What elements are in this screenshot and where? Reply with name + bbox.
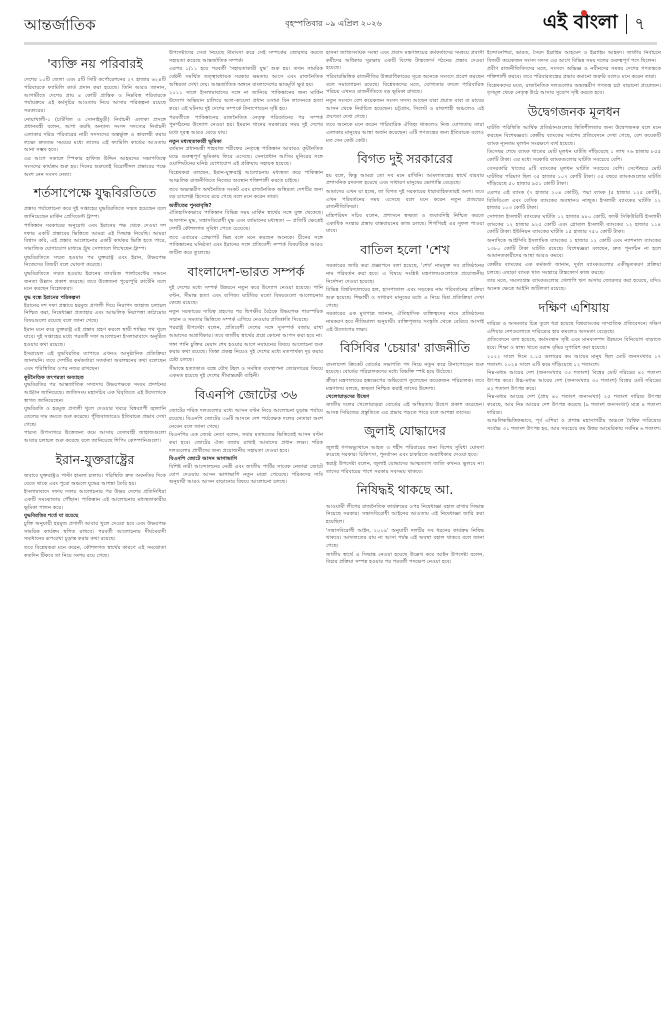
article-paragraph: মন্ত্রিপরিষদ সচিব বলেন, প্রশাসনে স্বচ্ছত… xyxy=(326,213,484,236)
article-paragraph: ইন্দোনেশিয়া, ভারত, সৈয়দ ইব্রাহিম আহমেদ… xyxy=(487,50,661,65)
article-paragraph: তবে এবারের প্রেক্ষাপট ভিন্ন বলে মনে করছে… xyxy=(169,235,323,258)
article-paragraph: পররাষ্ট্র উপদেষ্টা বলেন, প্রতিবেশী দেশের… xyxy=(169,325,323,340)
article-paragraph: ২০১১ সালে ইসলামাবাদের সঙ্গে না জানিয়ে প… xyxy=(169,90,323,113)
article-headline: উদ্বেগজনক মূলধন xyxy=(487,104,661,120)
article-paragraph: বিএনপির এক জ্যেষ্ঠ নেতা বলেন, সবার মতামত… xyxy=(169,432,323,455)
article-paragraph: সীমান্তে হত্যাকাণ্ড বন্ধে যৌথ টহল ও সমন্… xyxy=(169,366,323,381)
article-headline: বাংলাদেশ-ভারত সম্পর্ক xyxy=(169,264,323,280)
article-paragraph: তবে বিশ্লেষকরা মনে করেন, কৌশলগত স্বার্থে… xyxy=(24,545,166,560)
article-paragraph: ইসরায়েল এই যুদ্ধবিরতির ব্যাপারে এখনও আন… xyxy=(24,351,166,374)
article-paragraph: আওয়ামী লীগের রাজনৈতিক কার্যক্রমের ওপর ন… xyxy=(326,504,484,527)
article-paragraph: নতুন সরকারের দায়িত্ব গ্রহণের পর দ্বিপক্… xyxy=(169,309,323,324)
brand-block: এই বাংলা ৭ xyxy=(543,8,645,40)
article-paragraph: যুদ্ধবিরতির পর আন্তর্জাতিক সম্প্রদায় উভ… xyxy=(24,382,166,405)
article-paragraph: ক্রীড়া মন্ত্রণালয়ের হস্তক্ষেপের অভিযোগ… xyxy=(326,378,484,393)
article-columns: 'ব্যক্তি নয় পরিবারইদেশের ১০টি জেলা এবং … xyxy=(24,50,664,1020)
article-paragraph: ইরানের দশ দফা প্রস্তাবে হরমুজ প্রণালী দি… xyxy=(24,303,166,326)
article-paragraph: স্বরাষ্ট্র উপদেষ্টা বলেন, জুলাই যোদ্ধাদে… xyxy=(326,461,484,476)
article-paragraph: আমাদের এখন যা হচ্ছে, তা বিগত দুই সরকারের… xyxy=(326,189,484,212)
article-paragraph: গঙ্গা পানি চুক্তির মেয়াদ শেষ হওয়ার আগে… xyxy=(169,342,323,365)
article-paragraph: প্রস্তাব পর্যালোচনা করে দুই সপ্তাহের যুদ… xyxy=(24,206,166,221)
article-paragraph: দারিদ্র্য ও অসমতার চিত্র তুলে ধরা হয়েছে… xyxy=(487,321,661,336)
article-paragraph: অন্যদিকে আইসিবি ইসলামিক ব্যাংকের ২ হাজার… xyxy=(487,238,661,261)
header-rule xyxy=(24,42,657,45)
article-paragraph: বিশ্লেষকদের মতে, রাজনৈতিক দলগুলোর অভ্যন্… xyxy=(487,83,661,98)
article-headline: নিষিদ্ধই থাকছে আ. xyxy=(326,482,484,498)
masthead: আন্তর্জাতিক বৃহস্পতিবার ০৯ এপ্রিল ২০২৬ এ… xyxy=(0,0,667,44)
article-headline: বিএনপি জোটের ৩৬ xyxy=(169,387,323,403)
article-paragraph: জাতীয় দলের খেলোয়াড়রা বোর্ডের এই অস্থি… xyxy=(326,402,484,417)
page-number: ৭ xyxy=(635,11,645,38)
brand-name: এই বাংলা xyxy=(543,11,618,33)
brand-divider xyxy=(626,14,627,34)
article-paragraph: ইরান মনে করে যুক্তরাষ্ট্র এই প্রস্তাব গ্… xyxy=(24,327,166,350)
article-paragraph: সরকারের জারি করা প্রজ্ঞাপনে বলা হয়েছে, … xyxy=(326,263,484,286)
article-paragraph: পরিবারভিত্তিক রাজনীতির উত্তরাধিকারের সূত… xyxy=(326,74,484,97)
article-headline: দক্ষিণ এশিয়ায় xyxy=(487,300,661,316)
article-headline: শর্তসাপেক্ষে যুদ্ধবিরতিতে xyxy=(24,185,166,201)
article-paragraph: 'সন্ত্রাসবিরোধী আইন, ২০০৯' অনুযায়ী দলটি… xyxy=(326,528,484,551)
logo-red-dot-icon xyxy=(581,10,587,16)
article-paragraph: দেশের ১০টি জেলা এবং ৫টি সিটি কর্পোরেশনের… xyxy=(24,77,166,115)
article-paragraph: পারস্য উপসাগরে উত্তেজনা কমে আসায় তেলবাহ… xyxy=(24,430,166,445)
article-paragraph: এর আগে সকালে স্পিকার হাফিজ উদ্দিন আহমদের… xyxy=(24,156,166,179)
article-paragraph: ডিসেম্বর শেষে ব্যাংক খাতের মোট মূলধন ঘাট… xyxy=(487,149,661,164)
article-paragraph: প্রতিবেদনে বলা হয়েছে, কর্মসংস্থান সৃষ্ট… xyxy=(487,337,661,352)
article-paragraph: বিশ্লেষকরা বলছেন, ইরান-যুক্তরাষ্ট্র আলোচ… xyxy=(169,170,323,185)
article-paragraph: নতুন সংসদে বেশ কয়েকজন সংসদ সদস্য আছেন য… xyxy=(326,98,484,121)
newspaper-logo: এই বাংলা xyxy=(543,8,618,40)
article-headline: বাতিল হলো 'শেখ xyxy=(326,242,484,258)
column-4: ইন্দোনেশিয়া, ভারত, সৈয়দ ইব্রাহিম আহমেদ… xyxy=(487,50,661,1015)
article-paragraph: জুলাই গণঅভ্যুত্থানে আহত ও শহীদ পরিবারের … xyxy=(326,445,484,460)
article-paragraph: যুদ্ধবিরতি ও হরমুজ প্রণালী খুলে দেওয়ার … xyxy=(24,406,166,429)
article-paragraph: যুদ্ধবিরতিতে সম্মত হওয়ায় ইরানের তাবরিজ… xyxy=(24,271,166,294)
article-subheading: বিএনপি জোটে আসন ভাগাভাগি xyxy=(169,456,323,464)
article-paragraph: যুদ্ধবিরতিতে সম্মত হওয়ার পর যুক্তরাষ্ট্… xyxy=(24,255,166,270)
article-paragraph: আঞ্চলিকভিত্তিকভাবে, পূর্ব এশিয়া ও প্রশা… xyxy=(487,418,661,433)
article-paragraph: জোটের শরিক দলগুলোর মধ্যে আসন বণ্টন নিয়ে… xyxy=(169,408,323,431)
article-paragraph: হয় বলে, কিন্তু আমরা তো সব মনে রাখিনি। আ… xyxy=(326,173,484,188)
article-paragraph: পরবর্তীতে পাকিস্তানের রাজনৈতিক নেতৃত্ব প… xyxy=(169,115,323,138)
column-3: হাসনা জাতিসংঘিক সংস্থা এবং প্রবাস মন্ত্র… xyxy=(326,50,484,1015)
article-paragraph: এরপর এই ব্যাংক (৭ হাজার ২০৪ কোটি), পদ্মা… xyxy=(487,190,661,213)
article-paragraph: বিভিন্ন বিশ্ববিদ্যালয়ের হল, হাসপাতাল এব… xyxy=(326,287,484,310)
article-paragraph: নিম্ন-মধ্যম আয়ের দেশ (জনসংখ্যার ৩৩ শতাং… xyxy=(487,370,661,393)
article-headline: বিগত দুই সরকারের xyxy=(326,151,484,167)
article-paragraph: বিশিষ্ট নারী আন্দোলনের নেত্রী এবং জাতীয়… xyxy=(169,464,323,487)
article-paragraph: পাকিস্তান সরকারের অনুরোধ এবং ইরানের পক্ষ… xyxy=(24,223,166,254)
article-paragraph: ২০২২ সালে দিনে ২.১৫ ডলারের কম আয়ের মানু… xyxy=(487,354,661,369)
article-subheading: যুদ্ধ বন্ধে ইরানের পরিকল্পনা xyxy=(24,295,166,303)
article-paragraph: ঐতিহাসিকভাবে পাকিস্তান বিভিন্ন সময় মার্… xyxy=(169,210,323,233)
article-subheading: নতুন মধ্যস্থতাকারী ভূমিকা xyxy=(169,139,323,147)
column-1: 'ব্যক্তি নয় পরিবারইদেশের ১০টি জেলা এবং … xyxy=(24,50,166,1015)
article-paragraph: ঘাটতি পরিস্থিতি আর্থিক প্রতিষ্ঠানগুলোর স… xyxy=(487,125,661,148)
article-headline: জুলাই যোদ্ধাদের xyxy=(326,423,484,439)
column-2: উপদেষ্টাদের সেবা নিয়েছে মীমাংসা করে সেই… xyxy=(169,50,323,1015)
article-paragraph: তবে অনেকে মনে করেন পারিবারিক ঐতিহ্য থাকল… xyxy=(326,122,484,145)
article-paragraph: চুক্তি অনুযায়ী হরমুজ প্রণালী আবার খুলে … xyxy=(24,521,166,544)
article-paragraph: বেসরকারি খাতের ৪টি ব্যাংকের মূলধন ঘাটতি … xyxy=(487,166,661,189)
article-paragraph: ইসলামাবাদে দফায় দফায় আলোচনার পর উভয় দ… xyxy=(24,489,166,512)
article-subheading: খেলোয়াড়দের উদ্বেগ xyxy=(326,394,484,402)
article-paragraph: দুই দেশের মধ্যে সম্পর্ক উন্নয়নে নতুন কর… xyxy=(169,285,323,308)
article-paragraph: কেন্দ্রীয় ব্যাংকের এক কর্মকর্তা জানান, … xyxy=(487,262,661,277)
article-headline: বিসিবির 'চেয়ার' রাজনীতি xyxy=(326,340,484,356)
article-paragraph: বর্তমান প্রধানমন্ত্রী শাহবাজ শরীফের নেতৃ… xyxy=(169,146,323,169)
article-paragraph: নোয়াখালী-১ (চাটখিল ও সোনাইমুড়ী) নির্বা… xyxy=(24,117,166,155)
article-paragraph: জাতীয় স্বার্থে এ সিদ্ধান্ত নেওয়া হয়েছ… xyxy=(326,552,484,567)
article-paragraph: প্রবীণ রাজনীতিবিদদের মতে, সংসদে অভিজ্ঞ ও… xyxy=(487,66,661,81)
article-paragraph: জবাবে যুক্তরাষ্ট্রও পাল্টা হামলা চালায়।… xyxy=(24,473,166,488)
article-paragraph: এরপর ১/১১ হয়ে পরবর্তী 'সহায়তাকারী যুদ্… xyxy=(169,66,323,89)
article-paragraph: বাংলাদেশ ক্রিকেট বোর্ডের সভাপতি পদ নিয়ে… xyxy=(326,362,484,377)
article-paragraph: নিম্ন-মধ্যম আয়ের দেশ (প্রায় ৪০ শতাংশ জ… xyxy=(487,394,661,417)
article-headline: 'ব্যক্তি নয় পরিবারই xyxy=(24,56,166,72)
article-paragraph: সোশ্যাল ইসলামী ব্যাংকের ঘাটতি ১২ হাজার ৯… xyxy=(487,214,661,237)
article-paragraph: হাসনা জাতিসংঘিক সংস্থা এবং প্রবাস মন্ত্র… xyxy=(326,50,484,73)
article-paragraph: তবে অভ্যন্তরীণ অর্থনৈতিক সংকট এবং রাজনৈত… xyxy=(169,187,323,202)
article-subheading: যুদ্ধবিরতির শর্তে যা রয়েছে xyxy=(24,513,166,521)
article-paragraph: সরকারের এক মুখপাত্র জানান, ঐতিহাসিক ব্যক… xyxy=(326,311,484,334)
article-paragraph: উপদেষ্টাদের সেবা নিয়েছে মীমাংসা করে সেই… xyxy=(169,50,323,65)
article-headline: ইরান-যুক্তরাষ্ট্রের xyxy=(24,452,166,468)
article-paragraph: তার মতে, সমস্যাগ্রস্ত ব্যাংকগুলোর খেলাপি… xyxy=(487,278,661,293)
